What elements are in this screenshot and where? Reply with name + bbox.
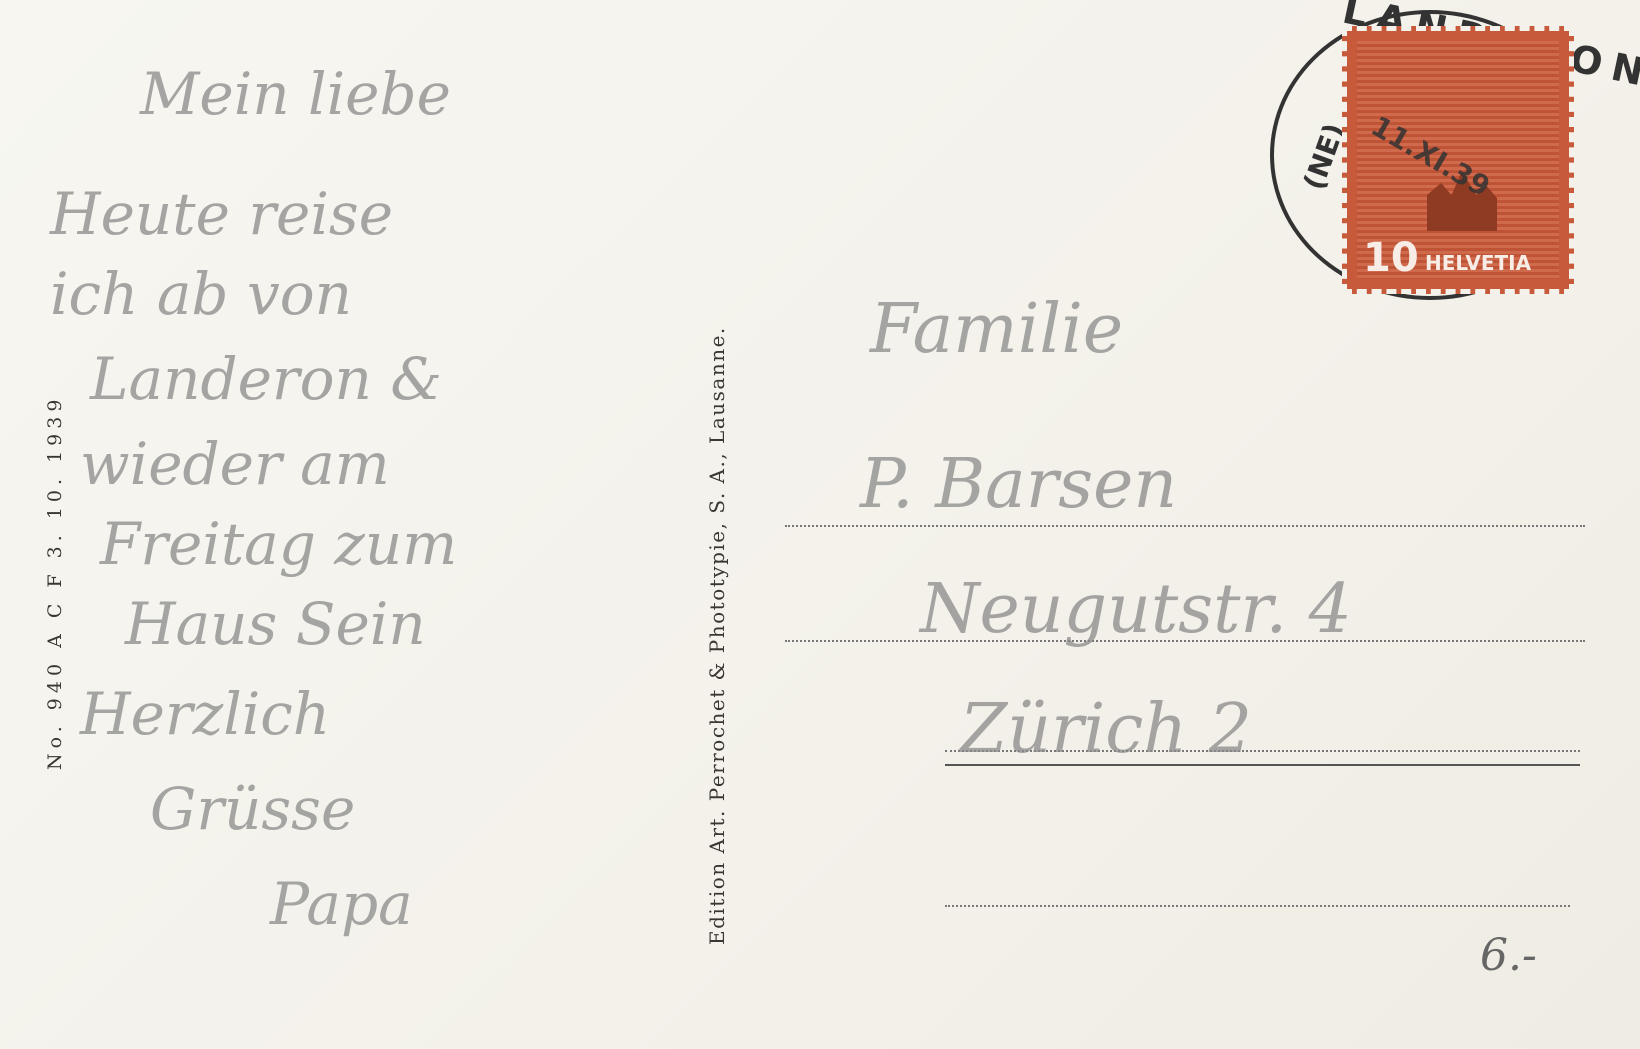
message-line: Heute reise [50, 180, 393, 248]
message-line: Landeron & [90, 345, 442, 413]
message-line: Mein liebe [140, 60, 451, 128]
address-line: Neugutstr. 4 [920, 570, 1352, 649]
stamp-country: HELVETIA [1425, 251, 1531, 275]
address-line-4 [945, 905, 1570, 907]
message-line: ich ab von [50, 260, 352, 328]
price-note: 6.- [1480, 930, 1537, 981]
message-line: Grüsse [150, 775, 355, 843]
address-line-1 [785, 525, 1585, 527]
address-line: P. Barsen [860, 445, 1177, 524]
publisher-imprint: Edition Art. Perrochet & Phototypie, S. … [705, 326, 729, 945]
printed-code: No. 940 A C F 3. 10. 1939 [44, 395, 66, 770]
address-line: Familie [870, 290, 1123, 369]
address-line: Zürich 2 [960, 690, 1252, 769]
message-line: Haus Sein [125, 590, 426, 658]
stamp-value: 10 [1363, 235, 1419, 281]
message-line: Herzlich [80, 680, 330, 748]
message-line: Freitag zum [100, 510, 457, 578]
message-line: Papa [270, 870, 413, 938]
postcard-back: No. 940 A C F 3. 10. 1939 Edition Art. P… [0, 0, 1640, 1049]
message-line: wieder am [80, 430, 390, 498]
